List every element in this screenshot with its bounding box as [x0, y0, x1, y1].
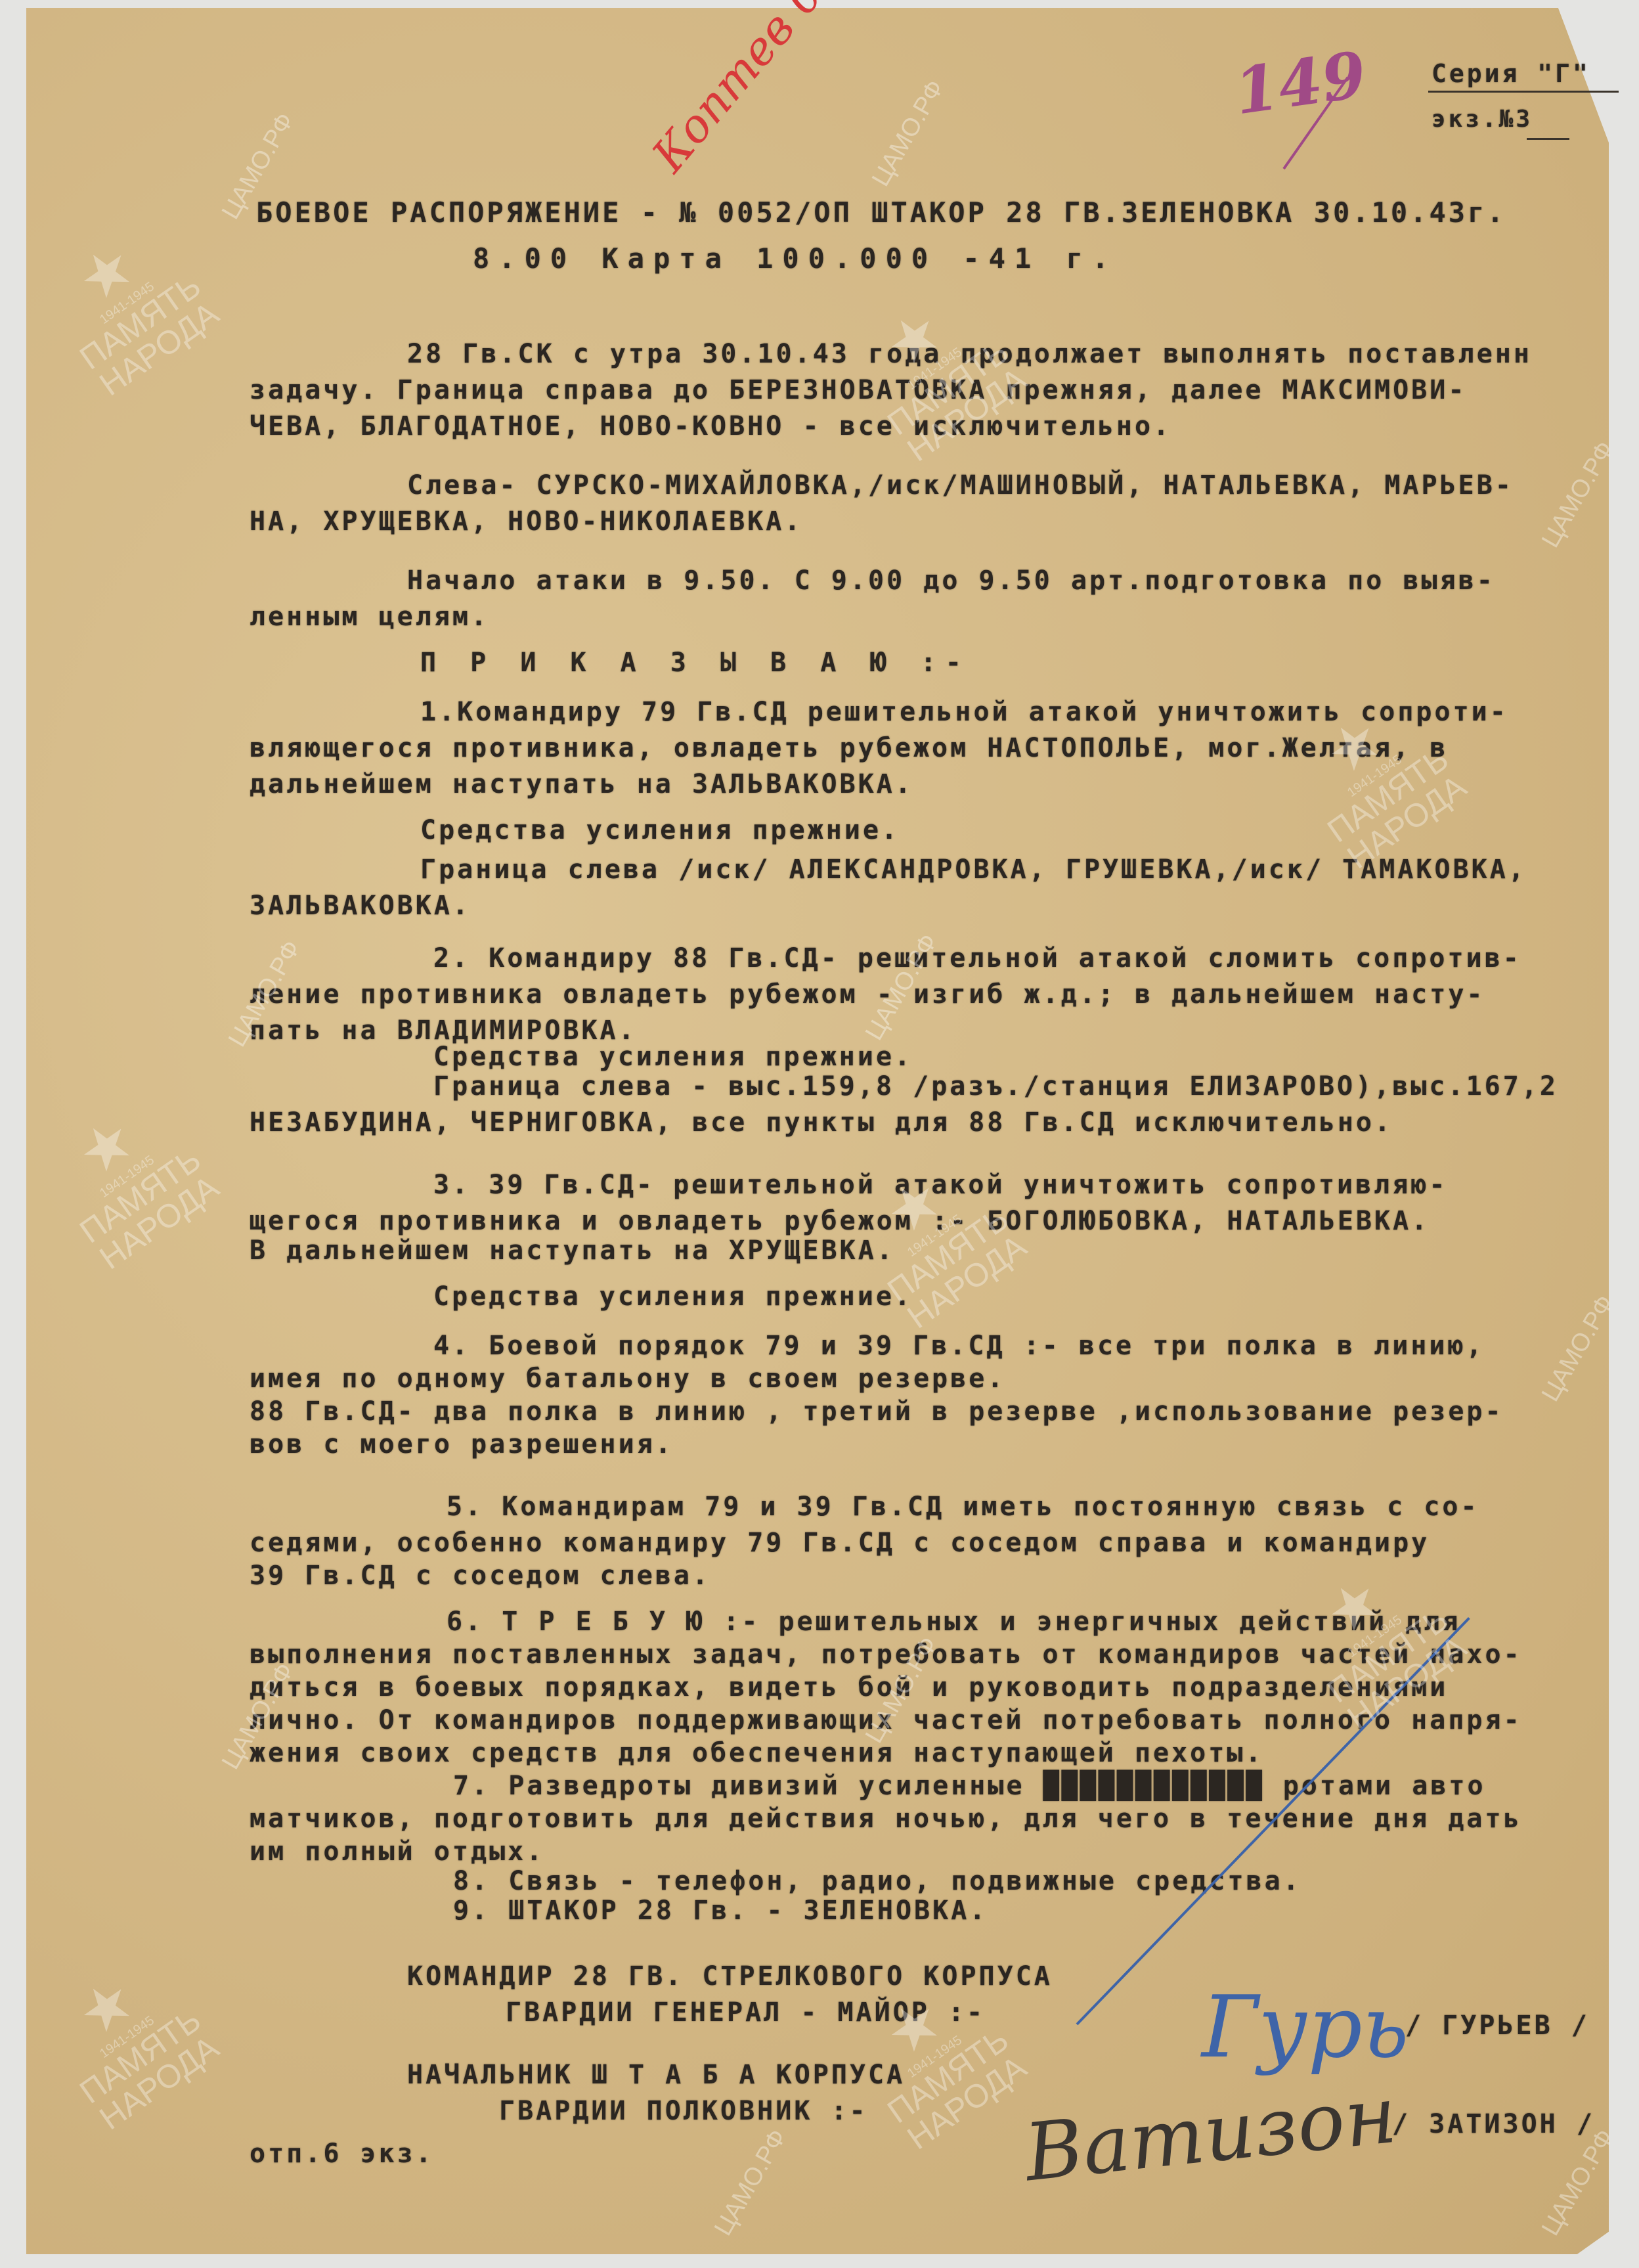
- body-line: 88 Гв.СД- два полка в линию , третий в р…: [250, 1396, 1504, 1427]
- series-underline: [1428, 91, 1619, 93]
- series-label: Серия "Г": [1431, 58, 1590, 89]
- order-heading: П Р И К А З Ы В А Ю :-: [420, 647, 971, 678]
- body-line: им полный отдых.: [250, 1836, 544, 1867]
- body-line: Начало атаки в 9.50. С 9.00 до 9.50 арт.…: [407, 565, 1495, 596]
- chief-of-staff-title: НАЧАЛЬНИК Ш Т А Б А КОРПУСА: [407, 2059, 905, 2091]
- body-line: имея по одному батальону в своем резерве…: [250, 1363, 1005, 1394]
- body-line: седями, особенно командиру 79 Гв.СД с со…: [250, 1527, 1430, 1559]
- copy-number-underline: [1527, 138, 1569, 140]
- body-line: вляющегося противника, овладеть рубежом …: [250, 732, 1448, 764]
- body-line: 2. Командиру 88 Гв.СД- решительной атако…: [433, 943, 1521, 974]
- commander-name: / ГУРЬЕВ /: [1405, 2010, 1590, 2041]
- body-line: ленным целям.: [250, 601, 489, 633]
- body-line: Средства усиления прежние.: [433, 1041, 913, 1073]
- chief-of-staff-rank: ГВАРДИИ ПОЛКОВНИК :-: [499, 2095, 868, 2127]
- body-line: НЕЗАБУДИНА, ЧЕРНИГОВКА, все пункты для 8…: [250, 1107, 1393, 1138]
- body-line: НА, ХРУЩЕВКА, НОВО-НИКОЛАЕВКА.: [250, 506, 802, 537]
- body-line: жения своих средств для обеспечения наст…: [250, 1737, 1264, 1769]
- order-time-map: 8.00 Карта 100.000 -41 г.: [473, 243, 1118, 275]
- body-line: 7. Разведроты дивизий усиленные ████████…: [453, 1770, 1486, 1802]
- body-line: ЧЕВА, БЛАГОДАТНОЕ, НОВО-КОВНО - все искл…: [250, 411, 1171, 442]
- body-line: Слева- СУРСКО-МИХАЙЛОВКА,/иск/МАШИНОВЫЙ,…: [407, 470, 1514, 501]
- copies-note: отп.6 экз.: [250, 2138, 434, 2169]
- body-line: 5. Командирам 79 и 39 Гв.СД иметь постоя…: [447, 1491, 1479, 1523]
- body-line: Граница слева - выс.159,8 /разъ./станция…: [433, 1071, 1558, 1102]
- commander-signature: Гурь: [1202, 1977, 1409, 2077]
- body-line: 4. Боевой порядок 79 и 39 Гв.СД :- все т…: [433, 1330, 1485, 1362]
- body-line: ление противника овладеть рубежом - изги…: [250, 979, 1485, 1010]
- body-line: диться в боевых порядках, видеть бой и р…: [250, 1672, 1448, 1703]
- body-line: щегося противника и овладеть рубежом :- …: [250, 1205, 1430, 1237]
- body-line: матчиков, подготовить для действия ночью…: [250, 1803, 1522, 1834]
- body-line: 39 Гв.СД с соседом слева.: [250, 1560, 710, 1591]
- body-line: дальнейшем наступать на ЗАЛЬВАКОВКА.: [250, 768, 913, 800]
- body-line: 8. Связь - телефон, радио, подвижные сре…: [453, 1865, 1301, 1897]
- order-title: БОЕВОЕ РАСПОРЯЖЕНИЕ - № 0052/ОП ШТАКОР 2…: [256, 197, 1506, 229]
- body-line: вов с моего разрешения.: [250, 1429, 674, 1460]
- copy-number: экз.№3: [1431, 104, 1533, 135]
- body-line: В дальнейшем наступать на ХРУЩЕВКА.: [250, 1235, 895, 1266]
- body-line: Средства усиления прежние.: [420, 814, 900, 846]
- body-line: ЗАЛЬВАКОВКА.: [250, 890, 471, 922]
- chief-of-staff-name: / ЗАТИЗОН /: [1392, 2108, 1595, 2140]
- body-line: Средства усиления прежние.: [433, 1281, 913, 1312]
- body-line: 9. ШТАКОР 28 Гв. - ЗЕЛЕНОВКА.: [453, 1895, 988, 1926]
